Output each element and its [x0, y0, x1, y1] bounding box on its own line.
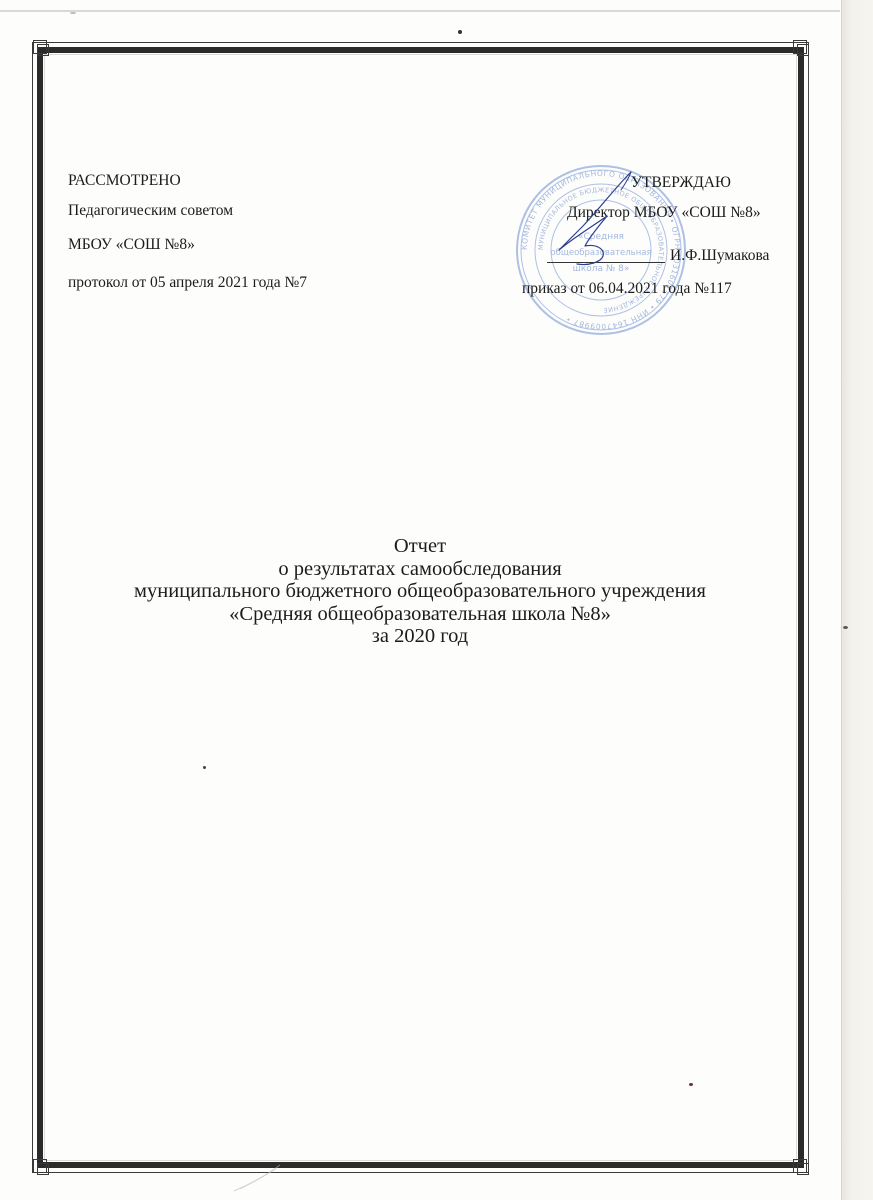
title-line-4: «Средняя общеобразовательная школа №8»: [40, 603, 800, 626]
title-line-2: о результатах самообследования: [40, 558, 800, 581]
frame-corner-bottom-right-2: [797, 1163, 809, 1175]
approval-approved-block: УТВЕРЖДАЮ Директор МБОУ «СОШ №8» И.Ф.Шум…: [0, 0, 873, 400]
title-line-3: муниципального бюджетного общеобразовате…: [40, 580, 800, 603]
approved-heading: УТВЕРЖДАЮ: [631, 174, 731, 192]
approved-order: приказ от 06.04.2021 года №117: [522, 280, 732, 298]
approved-signatory: И.Ф.Шумакова: [670, 247, 769, 265]
scan-speck: [843, 626, 848, 629]
title-line-5: за 2020 год: [40, 625, 800, 648]
frame-corner-bottom-left-2: [37, 1163, 49, 1175]
scan-speck: [203, 766, 206, 769]
scan-speck: [458, 30, 462, 34]
scan-speck: [689, 1083, 693, 1086]
report-title: Отчет о результатах самообследования мун…: [40, 535, 800, 648]
scan-speck: [70, 12, 76, 14]
signature-scribble: [545, 168, 635, 268]
title-line-1: Отчет: [40, 535, 800, 558]
stamp-smudge: [230, 1155, 290, 1195]
